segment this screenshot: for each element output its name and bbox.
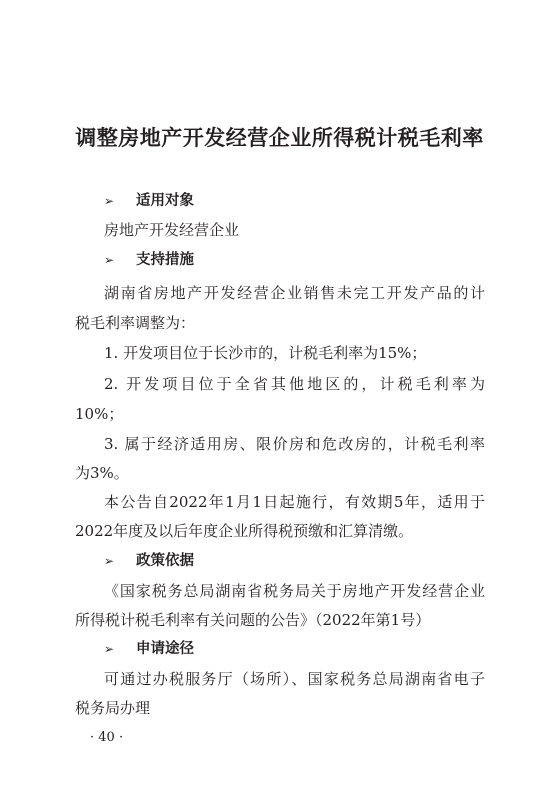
heading-text: 政策依据 — [136, 553, 194, 569]
paragraph-line: 可通过办税服务厅（场所）、国家税务总局湖南省电子 — [104, 669, 485, 689]
paragraph-line: 本公告自2022年1月1日起施行，有效期5年，适用于 — [104, 492, 485, 512]
list-item-3: 3. 属于经济适用房、限价房和危改房的，计税毛利率 — [104, 434, 485, 454]
heading-text: 支持措施 — [136, 252, 194, 268]
arrow-bullet-icon: ➢ — [104, 250, 136, 270]
heading-text: 适用对象 — [136, 193, 194, 209]
section-heading-measures: ➢支持措施 — [104, 250, 194, 270]
section-heading-application: ➢申请途径 — [104, 639, 194, 659]
paragraph-line: 2022年度及以后年度企业所得税预缴和汇算清缴。 — [75, 521, 485, 541]
page-number: · 40 · — [90, 730, 123, 745]
arrow-bullet-icon: ➢ — [104, 551, 136, 571]
paragraph-line: 《国家税务总局湖南省税务局关于房地产开发经营企业 — [104, 581, 485, 601]
arrow-bullet-icon: ➢ — [104, 639, 136, 659]
paragraph-line: 为3%。 — [75, 463, 485, 483]
page-title: 调整房地产开发经营企业所得税计税毛利率 — [0, 122, 559, 152]
arrow-bullet-icon: ➢ — [104, 191, 136, 211]
list-item-2: 2. 开发项目位于全省其他地区的，计税毛利率为 — [104, 374, 485, 394]
document-page: 调整房地产开发经营企业所得税计税毛利率 ➢适用对象 房地产开发经营企业 ➢支持措… — [0, 0, 559, 793]
paragraph-line: 所得税计税毛利率有关问题的公告》（2022年第1号） — [75, 610, 485, 630]
section-heading-basis: ➢政策依据 — [104, 551, 194, 571]
heading-text: 申请途径 — [136, 641, 194, 657]
list-item-1: 1. 开发项目位于长沙市的，计税毛利率为15%； — [104, 343, 514, 363]
paragraph-line: 湖南省房地产开发经营企业销售未完工开发产品的计 — [104, 283, 485, 303]
paragraph-line: 10%； — [75, 404, 485, 424]
paragraph-line: 房地产开发经营企业 — [104, 220, 514, 240]
paragraph-line: 税毛利率调整为： — [75, 313, 485, 333]
paragraph-line: 税务局办理 — [75, 698, 485, 718]
section-heading-applicable: ➢适用对象 — [104, 191, 194, 211]
